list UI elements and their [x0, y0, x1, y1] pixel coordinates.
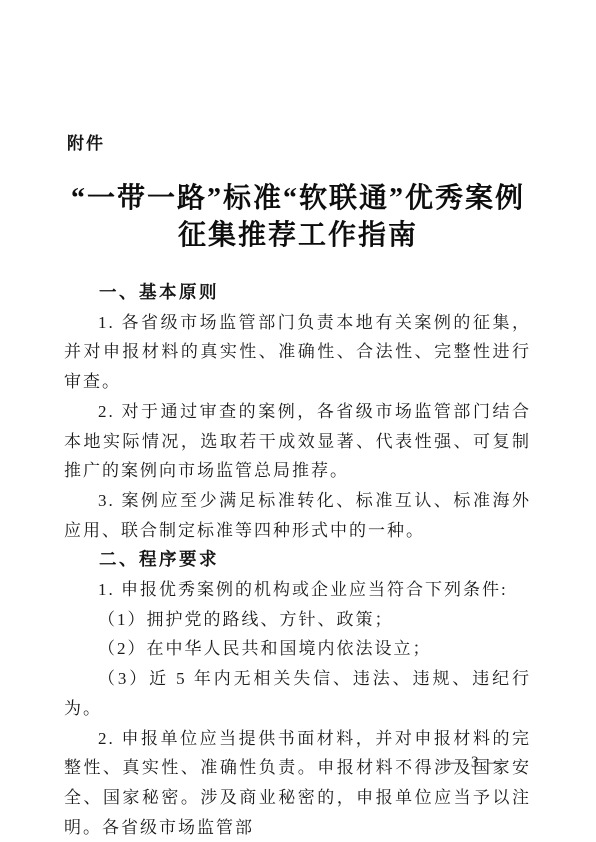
title-line-1: “一带一路”标准“软联通”优秀案例 [0, 180, 596, 217]
paragraph: 2. 对于通过审查的案例，各省级市场监管部门结合本地实际情况，选取若干成效显著、… [64, 397, 531, 486]
section-heading-basic-principles: 一、基本原则 [64, 278, 531, 308]
list-item: （3）近 5 年内无相关失信、违法、违规、违纪行为。 [64, 664, 531, 723]
list-item: （2）在中华人民共和国境内依法设立； [64, 634, 531, 664]
paragraph: 1. 申报优秀案例的机构或企业应当符合下列条件: [64, 575, 531, 605]
list-item: （1）拥护党的路线、方针、政策； [64, 605, 531, 635]
paragraph: 3. 案例应至少满足标准转化、标准互认、标准海外应用、联合制定标准等四种形式中的… [64, 486, 531, 545]
document-page: 附件 “一带一路”标准“软联通”优秀案例 征集推荐工作指南 一、基本原则 1. … [0, 0, 596, 842]
paragraph: 2. 申报单位应当提供书面材料，并对申报材料的完整性、真实性、准确性负责。申报材… [64, 724, 531, 842]
title-line-2: 征集推荐工作指南 [0, 217, 596, 254]
document-title: “一带一路”标准“软联通”优秀案例 征集推荐工作指南 [0, 180, 596, 254]
section-heading-procedure-requirements: 二、程序要求 [64, 545, 531, 575]
attachment-label: 附件 [67, 129, 105, 154]
page-number: — 3 — [446, 754, 508, 772]
paragraph: 1. 各省级市场监管部门负责本地有关案例的征集，并对申报材料的真实性、准确性、合… [64, 308, 531, 397]
